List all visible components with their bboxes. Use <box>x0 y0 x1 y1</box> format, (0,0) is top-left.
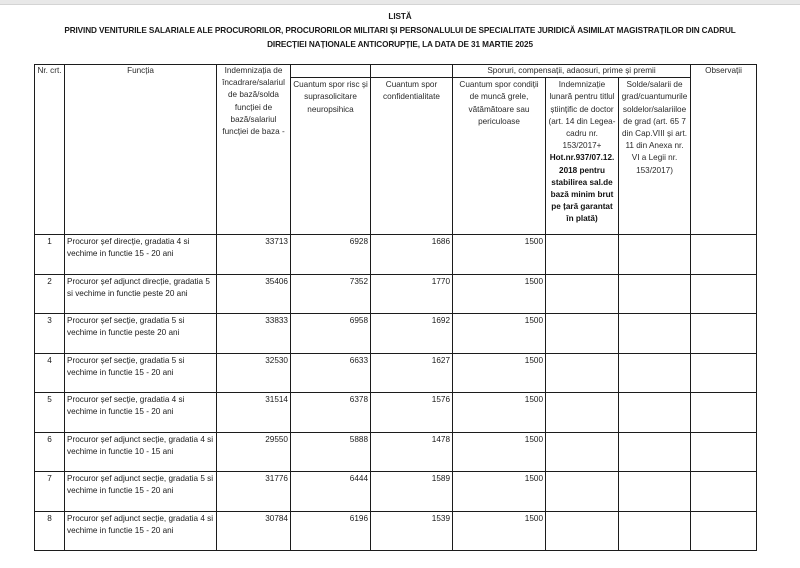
cell-indemnizatia: 30784 <box>217 511 291 551</box>
cell-indemnizatie-doctor <box>546 511 619 551</box>
table-row: 1 Procuror șef direcție, gradatia 4 si v… <box>35 235 757 275</box>
cell-functia: Procuror șef direcție, gradatia 4 si vec… <box>65 235 217 275</box>
cell-indemnizatia: 31514 <box>217 393 291 433</box>
cell-spor-confidentialitate: 1692 <box>371 314 453 354</box>
cell-spor-risc: 6196 <box>291 511 371 551</box>
cell-spor-risc: 6928 <box>291 235 371 275</box>
header-indemnizatie-doctor-text: Indemnizație lunară pentru titlul științ… <box>549 80 616 150</box>
cell-functia: Procuror șef secție, gradatia 4 si vechi… <box>65 393 217 433</box>
cell-spor-risc: 7352 <box>291 274 371 314</box>
cell-spor-confidentialitate: 1576 <box>371 393 453 433</box>
cell-indemnizatie-doctor <box>546 274 619 314</box>
header-blank-2 <box>371 65 453 78</box>
cell-indemnizatia: 29550 <box>217 432 291 472</box>
cell-solde <box>619 472 691 512</box>
cell-functia: Procuror șef secție, gradatia 5 si vechi… <box>65 314 217 354</box>
cell-observatii <box>691 432 757 472</box>
table-row: 2 Procuror șef adjunct direcție, gradati… <box>35 274 757 314</box>
cell-observatii <box>691 393 757 433</box>
cell-spor-risc: 6444 <box>291 472 371 512</box>
cell-spor-risc: 6378 <box>291 393 371 433</box>
cell-nr: 5 <box>35 393 65 433</box>
cell-nr: 7 <box>35 472 65 512</box>
cell-indemnizatie-doctor <box>546 235 619 275</box>
cell-indemnizatie-doctor <box>546 353 619 393</box>
header-row-1: Nr. crt. Funcția Indemnizația de încadra… <box>35 65 757 78</box>
cell-spor-confidentialitate: 1627 <box>371 353 453 393</box>
cell-spor-confidentialitate: 1589 <box>371 472 453 512</box>
document-subtitle-line-1: PRIVIND VENITURILE SALARIALE ALE PROCURO… <box>0 24 800 38</box>
cell-solde <box>619 511 691 551</box>
cell-observatii <box>691 511 757 551</box>
cell-solde <box>619 314 691 354</box>
cell-nr: 6 <box>35 432 65 472</box>
document-title-block: LISTĂ PRIVIND VENITURILE SALARIALE ALE P… <box>0 10 800 52</box>
header-functia: Funcția <box>65 65 217 235</box>
cell-indemnizatia: 35406 <box>217 274 291 314</box>
cell-observatii <box>691 472 757 512</box>
cell-nr: 4 <box>35 353 65 393</box>
cell-spor-conditii: 1500 <box>453 274 546 314</box>
cell-solde <box>619 432 691 472</box>
table-row: 7 Procuror șef adjunct secție, gradatia … <box>35 472 757 512</box>
cell-spor-conditii: 1500 <box>453 472 546 512</box>
table-body: 1 Procuror șef direcție, gradatia 4 si v… <box>35 235 757 551</box>
document-title: LISTĂ <box>0 10 800 24</box>
cell-spor-conditii: 1500 <box>453 432 546 472</box>
cell-spor-risc: 6958 <box>291 314 371 354</box>
cell-spor-confidentialitate: 1539 <box>371 511 453 551</box>
cell-nr: 1 <box>35 235 65 275</box>
header-indemnizatia: Indemnizația de încadrare/salariul de ba… <box>217 65 291 235</box>
header-indemnizatie-doctor: Indemnizație lunară pentru titlul științ… <box>546 78 619 235</box>
cell-functia: Procuror șef adjunct direcție, gradatia … <box>65 274 217 314</box>
cell-observatii <box>691 274 757 314</box>
cell-solde <box>619 274 691 314</box>
cell-spor-conditii: 1500 <box>453 314 546 354</box>
document-subtitle-line-2: DIRECȚIEI NAȚIONALE ANTICORUPȚIE, LA DAT… <box>0 38 800 52</box>
header-spor-confidentialitate: Cuantum spor confidentialitate <box>371 78 453 235</box>
header-sporuri-group: Sporuri, compensații, adaosuri, prime și… <box>453 65 691 78</box>
cell-solde <box>619 235 691 275</box>
cell-functia: Procuror șef adjunct secție, gradatia 4 … <box>65 511 217 551</box>
table-row: 5 Procuror șef secție, gradatia 4 si vec… <box>35 393 757 433</box>
cell-observatii <box>691 314 757 354</box>
cell-spor-risc: 6633 <box>291 353 371 393</box>
cell-nr: 3 <box>35 314 65 354</box>
cell-observatii <box>691 235 757 275</box>
table-row: 4 Procuror șef secție, gradatia 5 si vec… <box>35 353 757 393</box>
cell-spor-confidentialitate: 1478 <box>371 432 453 472</box>
table-row: 8 Procuror șef adjunct secție, gradatia … <box>35 511 757 551</box>
salary-table: Nr. crt. Funcția Indemnizația de încadra… <box>34 64 757 551</box>
header-nr-crt: Nr. crt. <box>35 65 65 235</box>
cell-indemnizatie-doctor <box>546 314 619 354</box>
cell-spor-risc: 5888 <box>291 432 371 472</box>
cell-indemnizatia: 32530 <box>217 353 291 393</box>
header-spor-risc: Cuantum spor risc și suprasolicitare neu… <box>291 78 371 235</box>
cell-nr: 8 <box>35 511 65 551</box>
cell-indemnizatia: 31776 <box>217 472 291 512</box>
header-observatii: Observații <box>691 65 757 235</box>
cell-spor-conditii: 1500 <box>453 235 546 275</box>
header-spor-conditii: Cuantum spor condiții de muncă grele, vă… <box>453 78 546 235</box>
viewer-top-bar <box>0 0 800 5</box>
cell-spor-conditii: 1500 <box>453 393 546 433</box>
cell-spor-confidentialitate: 1686 <box>371 235 453 275</box>
cell-solde <box>619 393 691 433</box>
cell-functia: Procuror șef adjunct secție, gradatia 4 … <box>65 432 217 472</box>
cell-nr: 2 <box>35 274 65 314</box>
table-row: 3 Procuror șef secție, gradatia 5 si vec… <box>35 314 757 354</box>
header-blank-1 <box>291 65 371 78</box>
cell-solde <box>619 353 691 393</box>
cell-indemnizatia: 33833 <box>217 314 291 354</box>
header-indemnizatie-doctor-bold: Hot.nr.937/07.12. 2018 pentru stabilirea… <box>550 153 615 223</box>
cell-indemnizatia: 33713 <box>217 235 291 275</box>
cell-functia: Procuror șef adjunct secție, gradatia 5 … <box>65 472 217 512</box>
cell-spor-conditii: 1500 <box>453 511 546 551</box>
cell-indemnizatie-doctor <box>546 472 619 512</box>
header-solde: Solde/salarii de grad/cuantumurile solde… <box>619 78 691 235</box>
cell-spor-confidentialitate: 1770 <box>371 274 453 314</box>
cell-indemnizatie-doctor <box>546 393 619 433</box>
cell-functia: Procuror șef secție, gradatia 5 si vechi… <box>65 353 217 393</box>
cell-indemnizatie-doctor <box>546 432 619 472</box>
cell-spor-conditii: 1500 <box>453 353 546 393</box>
table-row: 6 Procuror șef adjunct secție, gradatia … <box>35 432 757 472</box>
cell-observatii <box>691 353 757 393</box>
